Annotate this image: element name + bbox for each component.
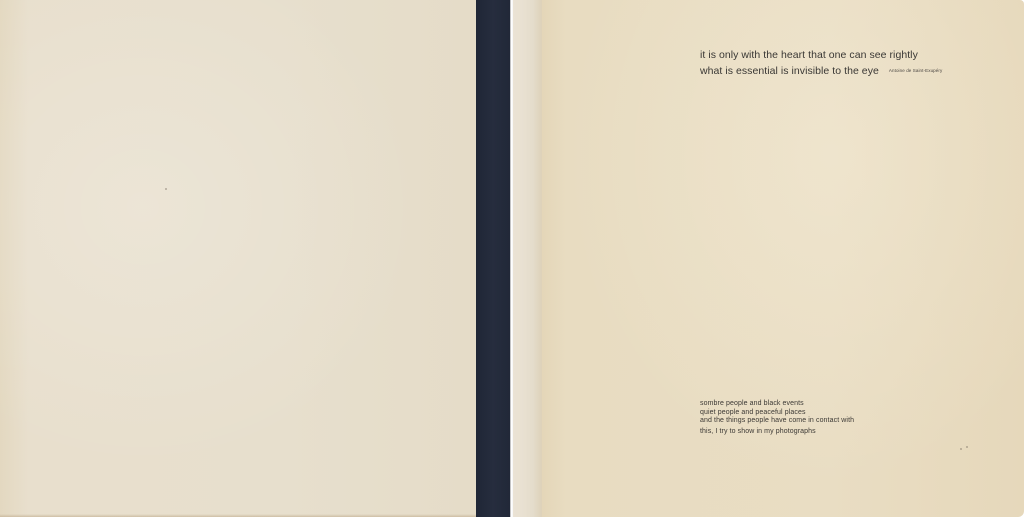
epigraph-quote: it is only with the heart that one can s… [700, 47, 942, 79]
statement-line-4: this, I try to show in my photographs [700, 428, 854, 437]
hinge-strip [513, 0, 542, 517]
statement-line-2: quiet people and peaceful places [700, 409, 854, 418]
left-page [0, 0, 476, 517]
paper-speck [966, 446, 968, 448]
statement-line-1: sombre people and black events [700, 400, 854, 409]
statement-line-3: and the things people have come in conta… [700, 417, 854, 426]
paper-speck [165, 188, 167, 190]
quote-line-2-text: what is essential is invisible to the ey… [700, 65, 879, 77]
paper-speck [960, 448, 962, 450]
book-spine [476, 0, 510, 517]
artist-statement: sombre people and black events quiet peo… [700, 400, 854, 437]
quote-line-2: what is essential is invisible to the ey… [700, 63, 942, 79]
quote-attribution: Antoine de Saint-Exupéry [889, 68, 942, 73]
quote-line-1: it is only with the heart that one can s… [700, 47, 942, 63]
book-spread: it is only with the heart that one can s… [0, 0, 1024, 517]
